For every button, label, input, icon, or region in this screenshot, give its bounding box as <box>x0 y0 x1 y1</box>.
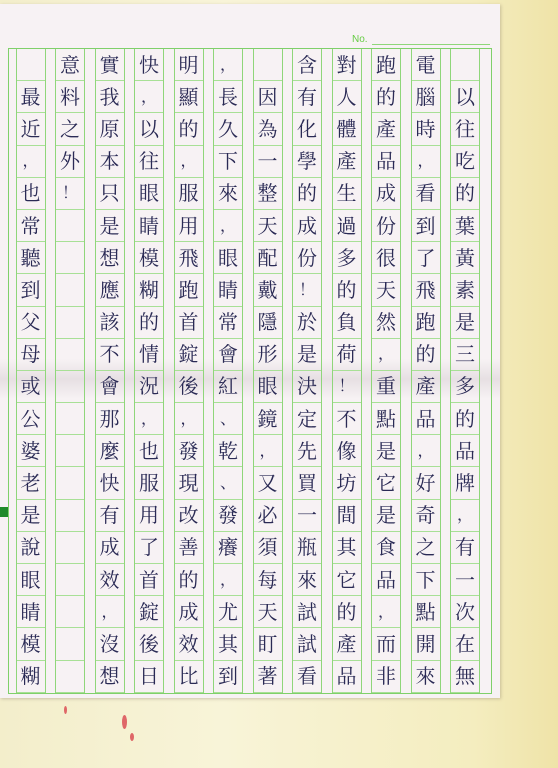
grid-cell: ， <box>175 403 203 435</box>
grid-cell: 了 <box>412 242 440 274</box>
grid-cell: 看 <box>293 661 321 693</box>
grid-cell: 之 <box>412 532 440 564</box>
grid-cell: 化 <box>293 113 321 145</box>
grid-cell: 的 <box>412 339 440 371</box>
grid-cell: 有 <box>451 532 479 564</box>
grid-cell: 會 <box>214 339 242 371</box>
grid-cell: 跑 <box>372 49 400 81</box>
grid-cell: 腦 <box>412 81 440 113</box>
grid-cell: 產 <box>372 113 400 145</box>
manuscript-column: 以往吃的葉黃素是三多的品牌，有一次在無 <box>450 49 480 693</box>
grid-cell: 無 <box>451 661 479 693</box>
grid-cell: 的 <box>451 403 479 435</box>
grid-cell: 會 <box>96 371 124 403</box>
grid-cell: 、 <box>214 467 242 499</box>
grid-cell: 跑 <box>175 274 203 306</box>
grid-cell: 的 <box>333 274 361 306</box>
grid-cell: 是 <box>17 500 45 532</box>
grid-cell: 看 <box>412 178 440 210</box>
grid-cell: 紅 <box>214 371 242 403</box>
grid-cell: 婆 <box>17 435 45 467</box>
grid-cell: ， <box>214 49 242 81</box>
grid-cell: ， <box>96 596 124 628</box>
grid-cell <box>56 339 84 371</box>
grid-cell: 試 <box>293 628 321 660</box>
grid-cell: 瓶 <box>293 532 321 564</box>
grid-cell: 乾 <box>214 435 242 467</box>
grid-cell: 眼 <box>214 242 242 274</box>
grid-cell: 說 <box>17 532 45 564</box>
grid-cell: 聽 <box>17 242 45 274</box>
margin-tab-marker <box>0 507 8 517</box>
grid-cell: 料 <box>56 81 84 113</box>
manuscript-column: 含有化學的成份！於是決定先買一瓶來試試看 <box>292 49 322 693</box>
manuscript-column: 意料之外！ <box>55 49 85 693</box>
grid-cell: 一 <box>254 146 282 178</box>
ink-stain <box>130 733 134 741</box>
grid-cell: 的 <box>293 178 321 210</box>
grid-cell <box>56 210 84 242</box>
grid-cell: 睛 <box>135 210 163 242</box>
grid-cell: 那 <box>96 403 124 435</box>
grid-cell: 天 <box>254 210 282 242</box>
grid-cell: 糊 <box>17 661 45 693</box>
grid-cell: 而 <box>372 628 400 660</box>
grid-cell: 像 <box>333 435 361 467</box>
grid-cell: 癢 <box>214 532 242 564</box>
grid-cell: 來 <box>412 661 440 693</box>
grid-cell: 整 <box>254 178 282 210</box>
grid-cell: 本 <box>96 146 124 178</box>
grid-cell: 因 <box>254 81 282 113</box>
grid-cell: ， <box>451 500 479 532</box>
grid-cell: 含 <box>293 49 321 81</box>
grid-cell: 的 <box>333 596 361 628</box>
grid-cell: 用 <box>175 210 203 242</box>
grid-cell: 的 <box>175 113 203 145</box>
grid-cell: 成 <box>293 210 321 242</box>
grid-cell: 想 <box>96 661 124 693</box>
grid-cell: ， <box>175 146 203 178</box>
grid-cell: 母 <box>17 339 45 371</box>
grid-cell <box>56 564 84 596</box>
grid-cell: ！ <box>293 274 321 306</box>
grid-cell: 效 <box>96 564 124 596</box>
grid-cell: 份 <box>372 210 400 242</box>
grid-cell: 來 <box>293 564 321 596</box>
grid-cell: 產 <box>333 628 361 660</box>
grid-cell: 形 <box>254 339 282 371</box>
grid-cell: 著 <box>254 661 282 693</box>
grid-cell: 外 <box>56 146 84 178</box>
grid-cell: 其 <box>214 628 242 660</box>
grid-cell: 實 <box>96 49 124 81</box>
grid-cell: 份 <box>293 242 321 274</box>
grid-cell: 非 <box>372 661 400 693</box>
grid-cell: 況 <box>135 371 163 403</box>
grid-cell: 有 <box>96 500 124 532</box>
grid-cell: 開 <box>412 628 440 660</box>
grid-cell: 或 <box>17 371 45 403</box>
grid-cell <box>451 49 479 81</box>
ink-stain <box>122 715 127 729</box>
grid-cell: 黃 <box>451 242 479 274</box>
grid-cell: 天 <box>372 274 400 306</box>
grid-cell: 老 <box>17 467 45 499</box>
grid-cell: 素 <box>451 274 479 306</box>
grid-cell: 現 <box>175 467 203 499</box>
grid-cell: 是 <box>293 339 321 371</box>
grid-cell: ！ <box>333 371 361 403</box>
grid-cell: 服 <box>135 467 163 499</box>
grid-cell: 、 <box>214 403 242 435</box>
grid-cell <box>56 403 84 435</box>
manuscript-grid: 以往吃的葉黃素是三多的品牌，有一次在無電腦時，看到了飛跑的產品，好奇之下點開來跑… <box>8 48 492 694</box>
grid-cell: 也 <box>135 435 163 467</box>
grid-cell: 試 <box>293 596 321 628</box>
grid-cell: 戴 <box>254 274 282 306</box>
grid-cell: 睛 <box>17 596 45 628</box>
grid-cell: 是 <box>372 500 400 532</box>
grid-cell <box>56 435 84 467</box>
manuscript-column: 最近，也常聽到父母或公婆老是說眼睛模糊 <box>16 49 46 693</box>
grid-cell: 電 <box>412 49 440 81</box>
grid-cell: 飛 <box>412 274 440 306</box>
grid-cell: 其 <box>333 532 361 564</box>
grid-cell: 隱 <box>254 307 282 339</box>
grid-cell: 最 <box>17 81 45 113</box>
grid-cell: 過 <box>333 210 361 242</box>
grid-cell: 首 <box>135 564 163 596</box>
grid-cell: 三 <box>451 339 479 371</box>
grid-cell: 糊 <box>135 274 163 306</box>
grid-cell: 尤 <box>214 596 242 628</box>
grid-cell: 好 <box>412 467 440 499</box>
grid-cell: 決 <box>293 371 321 403</box>
manuscript-column: 快，以往眼睛模糊的情況，也服用了首錠後日 <box>134 49 164 693</box>
grid-cell: 眼 <box>17 564 45 596</box>
grid-cell <box>56 628 84 660</box>
grid-cell: 不 <box>333 403 361 435</box>
grid-cell: 到 <box>412 210 440 242</box>
grid-cell: 我 <box>96 81 124 113</box>
grid-cell: 眼 <box>254 371 282 403</box>
grid-cell: 很 <box>372 242 400 274</box>
grid-cell: 明 <box>175 49 203 81</box>
grid-cell: 以 <box>451 81 479 113</box>
grid-cell <box>254 49 282 81</box>
grid-cell <box>56 274 84 306</box>
grid-cell: 品 <box>333 661 361 693</box>
grid-cell <box>56 242 84 274</box>
grid-cell: 是 <box>96 210 124 242</box>
grid-cell: 葉 <box>451 210 479 242</box>
grid-cell: 然 <box>372 307 400 339</box>
grid-cell: 點 <box>412 596 440 628</box>
manuscript-column: 跑的產品成份很天然，重點是它是食品，而非 <box>371 49 401 693</box>
grid-cell: ， <box>372 339 400 371</box>
grid-cell: 服 <box>175 178 203 210</box>
grid-cell: 品 <box>451 435 479 467</box>
manuscript-column: 實我原本只是想應該不會那麼快有成效，沒想 <box>95 49 125 693</box>
grid-cell: 品 <box>412 403 440 435</box>
grid-cell: ， <box>412 435 440 467</box>
grid-cell: 往 <box>135 146 163 178</box>
grid-cell: 後 <box>135 628 163 660</box>
grid-cell: 對 <box>333 49 361 81</box>
grid-cell: ， <box>214 564 242 596</box>
grid-cell: 公 <box>17 403 45 435</box>
grid-cell: 到 <box>214 661 242 693</box>
page-number-label: No. <box>352 34 368 45</box>
grid-cell: 不 <box>96 339 124 371</box>
grid-cell: 次 <box>451 596 479 628</box>
grid-cell <box>56 307 84 339</box>
grid-cell <box>56 661 84 693</box>
grid-cell: 學 <box>293 146 321 178</box>
grid-cell: 奇 <box>412 500 440 532</box>
grid-cell <box>56 500 84 532</box>
grid-cell: ， <box>135 81 163 113</box>
manuscript-column: 對人體產生過多的負荷！不像坊間其它的產品 <box>332 49 362 693</box>
grid-cell: 是 <box>372 435 400 467</box>
grid-cell: 想 <box>96 242 124 274</box>
grid-cell: 下 <box>214 146 242 178</box>
manuscript-column: 因為一整天配戴隱形眼鏡，又必須每天盯著 <box>253 49 283 693</box>
manuscript-column: ，長久下來，眼睛常會紅、乾、發癢，尤其到 <box>213 49 243 693</box>
grid-cell <box>56 467 84 499</box>
grid-cell: 到 <box>17 274 45 306</box>
grid-cell: 發 <box>214 500 242 532</box>
grid-cell: ， <box>254 435 282 467</box>
grid-cell: ！ <box>56 178 84 210</box>
grid-cell: 近 <box>17 113 45 145</box>
grid-cell: 有 <box>293 81 321 113</box>
grid-cell: 食 <box>372 532 400 564</box>
grid-cell: 在 <box>451 628 479 660</box>
grid-cell: 定 <box>293 403 321 435</box>
grid-cell: 眼 <box>135 178 163 210</box>
grid-cell: 的 <box>372 81 400 113</box>
grid-cell: 品 <box>372 146 400 178</box>
grid-cell: 長 <box>214 81 242 113</box>
grid-cell: 效 <box>175 628 203 660</box>
grid-cell: ， <box>214 210 242 242</box>
grid-cell <box>56 532 84 564</box>
grid-cell: 產 <box>333 146 361 178</box>
grid-cell: 荷 <box>333 339 361 371</box>
grid-cell: 它 <box>333 564 361 596</box>
grid-cell: 品 <box>372 564 400 596</box>
grid-cell: 它 <box>372 467 400 499</box>
grid-cell: 點 <box>372 403 400 435</box>
grid-cell: 後 <box>175 371 203 403</box>
grid-cell: 麼 <box>96 435 124 467</box>
grid-cell: 天 <box>254 596 282 628</box>
grid-cell: ， <box>135 403 163 435</box>
grid-cell: 一 <box>293 500 321 532</box>
grid-cell: 是 <box>451 307 479 339</box>
grid-cell: 的 <box>135 307 163 339</box>
manuscript-sheet: No. 以往吃的葉黃素是三多的品牌，有一次在無電腦時，看到了飛跑的產品，好奇之下… <box>0 4 500 698</box>
grid-cell: 成 <box>175 596 203 628</box>
grid-cell: 意 <box>56 49 84 81</box>
grid-cell: 為 <box>254 113 282 145</box>
grid-cell: 生 <box>333 178 361 210</box>
grid-cell: 跑 <box>412 307 440 339</box>
grid-cell: 快 <box>96 467 124 499</box>
grid-cell: 改 <box>175 500 203 532</box>
grid-cell: ， <box>17 146 45 178</box>
grid-cell: 人 <box>333 81 361 113</box>
grid-cell: 間 <box>333 500 361 532</box>
manuscript-column: 明顯的，服用飛跑首錠後，發現改善的成效比 <box>174 49 204 693</box>
grid-cell: 的 <box>451 178 479 210</box>
grid-cell: ， <box>412 146 440 178</box>
grid-cell <box>56 371 84 403</box>
grid-cell: 之 <box>56 113 84 145</box>
grid-cell: 顯 <box>175 81 203 113</box>
grid-cell: 於 <box>293 307 321 339</box>
grid-cell: 錠 <box>135 596 163 628</box>
grid-cell: 牌 <box>451 467 479 499</box>
grid-cell <box>17 49 45 81</box>
grid-cell: 情 <box>135 339 163 371</box>
grid-cell: ， <box>372 596 400 628</box>
grid-cell: 模 <box>17 628 45 660</box>
grid-cell: 一 <box>451 564 479 596</box>
grid-cell: 負 <box>333 307 361 339</box>
grid-cell: 飛 <box>175 242 203 274</box>
page-number-line <box>372 44 490 45</box>
grid-cell: 先 <box>293 435 321 467</box>
grid-cell: 須 <box>254 532 282 564</box>
grid-cell: 常 <box>17 210 45 242</box>
grid-cell: 坊 <box>333 467 361 499</box>
grid-cell: 原 <box>96 113 124 145</box>
grid-cell: 沒 <box>96 628 124 660</box>
grid-cell: 鏡 <box>254 403 282 435</box>
grid-cell: 重 <box>372 371 400 403</box>
grid-cell: 多 <box>333 242 361 274</box>
grid-cell: 父 <box>17 307 45 339</box>
grid-cell: 只 <box>96 178 124 210</box>
grid-cell: 久 <box>214 113 242 145</box>
grid-cell: 首 <box>175 307 203 339</box>
ink-stain <box>64 706 67 714</box>
grid-cell: 買 <box>293 467 321 499</box>
grid-cell: 每 <box>254 564 282 596</box>
grid-cell: 快 <box>135 49 163 81</box>
grid-cell: 體 <box>333 113 361 145</box>
manuscript-column: 電腦時，看到了飛跑的產品，好奇之下點開來 <box>411 49 441 693</box>
grid-cell: 比 <box>175 661 203 693</box>
grid-cell: 模 <box>135 242 163 274</box>
grid-cell: 多 <box>451 371 479 403</box>
grid-cell: 睛 <box>214 274 242 306</box>
grid-cell: 善 <box>175 532 203 564</box>
grid-cell: 常 <box>214 307 242 339</box>
grid-cell: 該 <box>96 307 124 339</box>
grid-cell: 以 <box>135 113 163 145</box>
grid-cell: 了 <box>135 532 163 564</box>
grid-cell: 必 <box>254 500 282 532</box>
grid-cell: 用 <box>135 500 163 532</box>
grid-cell: 配 <box>254 242 282 274</box>
grid-cell: 下 <box>412 564 440 596</box>
grid-cell: 盯 <box>254 628 282 660</box>
grid-cell: 往 <box>451 113 479 145</box>
grid-cell: 成 <box>96 532 124 564</box>
grid-cell: 錠 <box>175 339 203 371</box>
grid-cell: 的 <box>175 564 203 596</box>
grid-cell: 來 <box>214 178 242 210</box>
grid-cell: 產 <box>412 371 440 403</box>
grid-cell: 日 <box>135 661 163 693</box>
grid-cell <box>56 596 84 628</box>
grid-cell: 吃 <box>451 146 479 178</box>
grid-cell: 成 <box>372 178 400 210</box>
grid-cell: 又 <box>254 467 282 499</box>
grid-cell: 時 <box>412 113 440 145</box>
grid-cell: 應 <box>96 274 124 306</box>
grid-cell: 發 <box>175 435 203 467</box>
grid-cell: 也 <box>17 178 45 210</box>
